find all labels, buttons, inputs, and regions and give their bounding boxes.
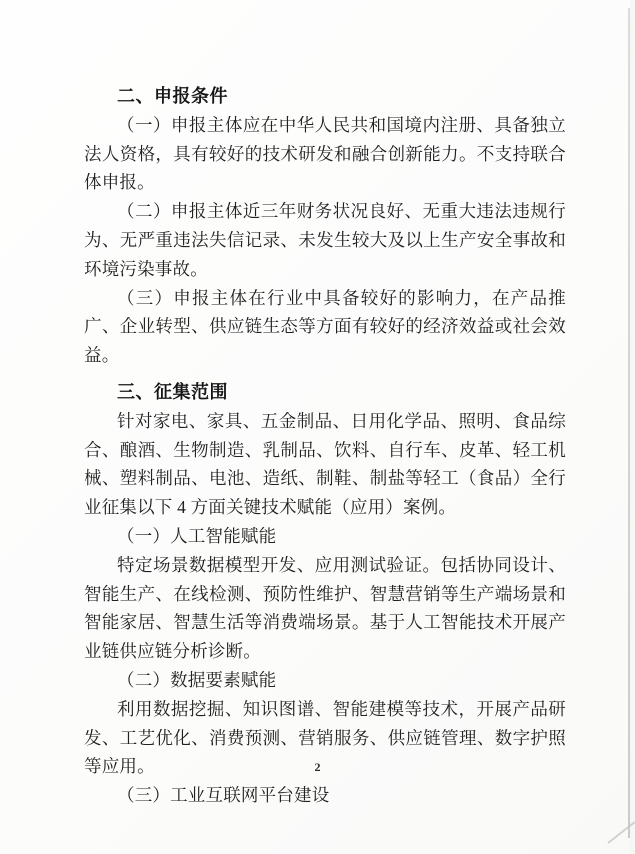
paragraph-condition-1: （一）申报主体应在中华人民共和国境内注册、具备独立法人资格，具有较好的技术研发和… xyxy=(84,111,566,197)
subheading-ai-empowerment: （一）人工智能赋能 xyxy=(84,522,566,551)
section-heading-collection-scope: 三、征集范围 xyxy=(84,378,566,407)
paragraph-condition-3: （三）申报主体在行业中具备较好的影响力，在产品推广、企业转型、供应链生态等方面有… xyxy=(84,284,566,370)
page-number: 2 xyxy=(0,760,635,775)
paragraph-scope-industries: 针对家电、家具、五金制品、日用化学品、照明、食品综合、酿酒、生物制造、乳制品、饮… xyxy=(84,407,566,522)
paragraph-ai-empowerment-detail: 特定场景数据模型开发、应用测试验证。包括协同设计、智能生产、在线检测、预防性维护… xyxy=(84,551,566,666)
paragraph-condition-2: （二）申报主体近三年财务状况良好、无重大违法违规行为、无严重违法失信记录、未发生… xyxy=(84,197,566,283)
section-heading-application-conditions: 二、申报条件 xyxy=(84,82,566,111)
document-body: 二、申报条件 （一）申报主体应在中华人民共和国境内注册、具备独立法人资格，具有较… xyxy=(84,82,566,810)
section-collection-scope: 三、征集范围 针对家电、家具、五金制品、日用化学品、照明、食品综合、酿酒、生物制… xyxy=(84,378,566,810)
section-application-conditions: 二、申报条件 （一）申报主体应在中华人民共和国境内注册、具备独立法人资格，具有较… xyxy=(84,82,566,370)
subheading-data-element-empowerment: （二）数据要素赋能 xyxy=(84,666,566,695)
scan-edge-vertical-line xyxy=(628,8,630,838)
subheading-industrial-internet-platform: （三）工业互联网平台建设 xyxy=(84,781,566,810)
scan-edge-right-strip xyxy=(630,0,635,854)
